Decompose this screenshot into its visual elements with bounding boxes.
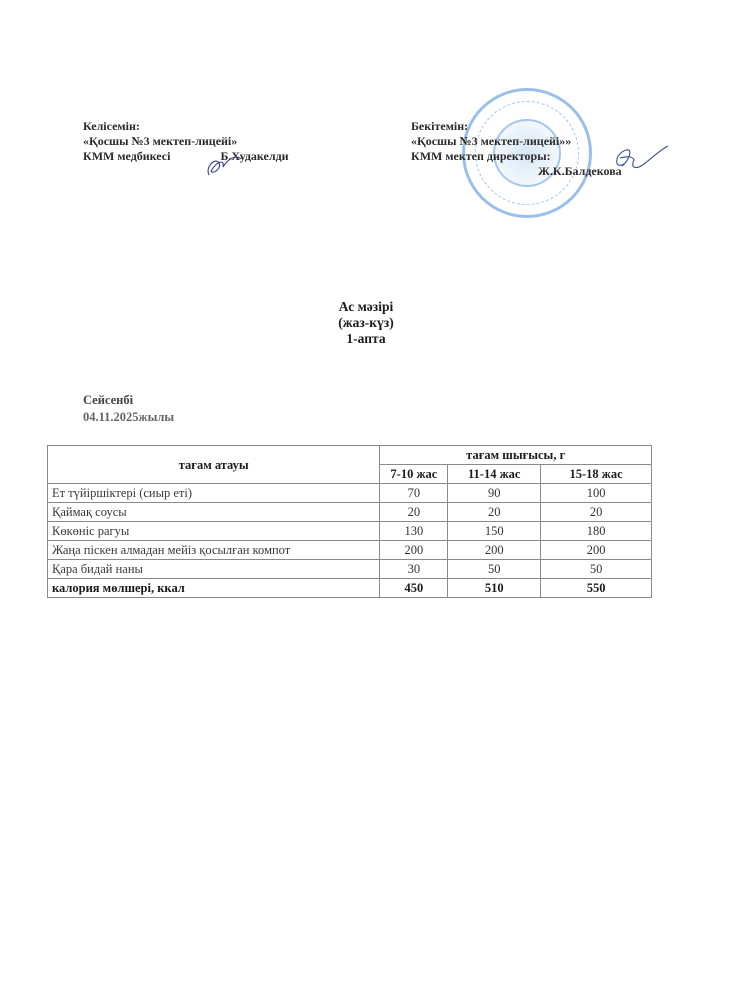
menu-table: тағам атауы тағам шығысы, г 7-10 жас 11-… xyxy=(47,445,652,598)
approval-org: «Қосшы №3 мектеп-лицейі»» xyxy=(411,134,622,149)
dish-value: 150 xyxy=(448,522,541,541)
dish-name: Ет түйіршіктері (сиыр еті) xyxy=(48,484,380,503)
dish-name: Жаңа піскен алмадан мейіз қосылған компо… xyxy=(48,541,380,560)
menu-title-main: Ас мәзірі xyxy=(0,299,732,315)
calorie-value: 550 xyxy=(541,579,652,598)
dish-value: 200 xyxy=(541,541,652,560)
agreement-block: Келісемін: «Қосшы №3 мектеп-лицейі» КММ … xyxy=(83,119,289,164)
table-row: Ет түйіршіктері (сиыр еті) 70 90 100 xyxy=(48,484,652,503)
dish-value: 20 xyxy=(448,503,541,522)
calorie-value: 510 xyxy=(448,579,541,598)
approval-name: Ж.К.Балдекова xyxy=(411,164,622,179)
header-age-15-18: 15-18 жас xyxy=(541,465,652,484)
dish-value: 20 xyxy=(541,503,652,522)
dish-value: 100 xyxy=(541,484,652,503)
dish-value: 50 xyxy=(541,560,652,579)
dish-value: 30 xyxy=(380,560,448,579)
calorie-total-row: калория мөлшері, ккал 450 510 550 xyxy=(48,579,652,598)
table-row: Қара бидай наны 30 50 50 xyxy=(48,560,652,579)
dish-value: 20 xyxy=(380,503,448,522)
agreement-org: «Қосшы №3 мектеп-лицейі» xyxy=(83,134,289,149)
approval-role: КММ мектеп директоры: xyxy=(411,149,622,164)
menu-date: 04.11.2025жылы xyxy=(83,409,174,426)
header-dish-name: тағам атауы xyxy=(48,446,380,484)
dish-value: 70 xyxy=(380,484,448,503)
dish-name: Қаймақ соусы xyxy=(48,503,380,522)
menu-title-season: (жаз-күз) xyxy=(0,315,732,331)
calorie-label: калория мөлшері, ккал xyxy=(48,579,380,598)
table-row: Жаңа піскен алмадан мейіз қосылған компо… xyxy=(48,541,652,560)
approval-heading: Бекітемін: xyxy=(411,119,622,134)
menu-title-week: 1-апта xyxy=(0,331,732,347)
header-output: тағам шығысы, г xyxy=(380,446,652,465)
table-row: Қаймақ соусы 20 20 20 xyxy=(48,503,652,522)
menu-day: Сейсенбі 04.11.2025жылы xyxy=(83,392,174,426)
dish-value: 50 xyxy=(448,560,541,579)
agreement-role: КММ медбикесі xyxy=(83,149,170,163)
header-age-11-14: 11-14 жас xyxy=(448,465,541,484)
menu-title: Ас мәзірі (жаз-күз) 1-апта xyxy=(0,299,732,347)
table-row: Көкөніс рагуы 130 150 180 xyxy=(48,522,652,541)
nurse-signature xyxy=(203,153,245,179)
dish-value: 200 xyxy=(448,541,541,560)
approval-block: Бекітемін: «Қосшы №3 мектеп-лицейі»» КММ… xyxy=(411,119,622,179)
agreement-signatory: КММ медбикесі Б.Худакелди xyxy=(83,149,289,164)
dish-name: Қара бидай наны xyxy=(48,560,380,579)
dish-name: Көкөніс рагуы xyxy=(48,522,380,541)
agreement-heading: Келісемін: xyxy=(83,119,289,134)
dish-value: 200 xyxy=(380,541,448,560)
header-age-7-10: 7-10 жас xyxy=(380,465,448,484)
menu-weekday: Сейсенбі xyxy=(83,392,174,409)
dish-value: 90 xyxy=(448,484,541,503)
director-signature xyxy=(610,138,670,178)
dish-value: 180 xyxy=(541,522,652,541)
calorie-value: 450 xyxy=(380,579,448,598)
dish-value: 130 xyxy=(380,522,448,541)
